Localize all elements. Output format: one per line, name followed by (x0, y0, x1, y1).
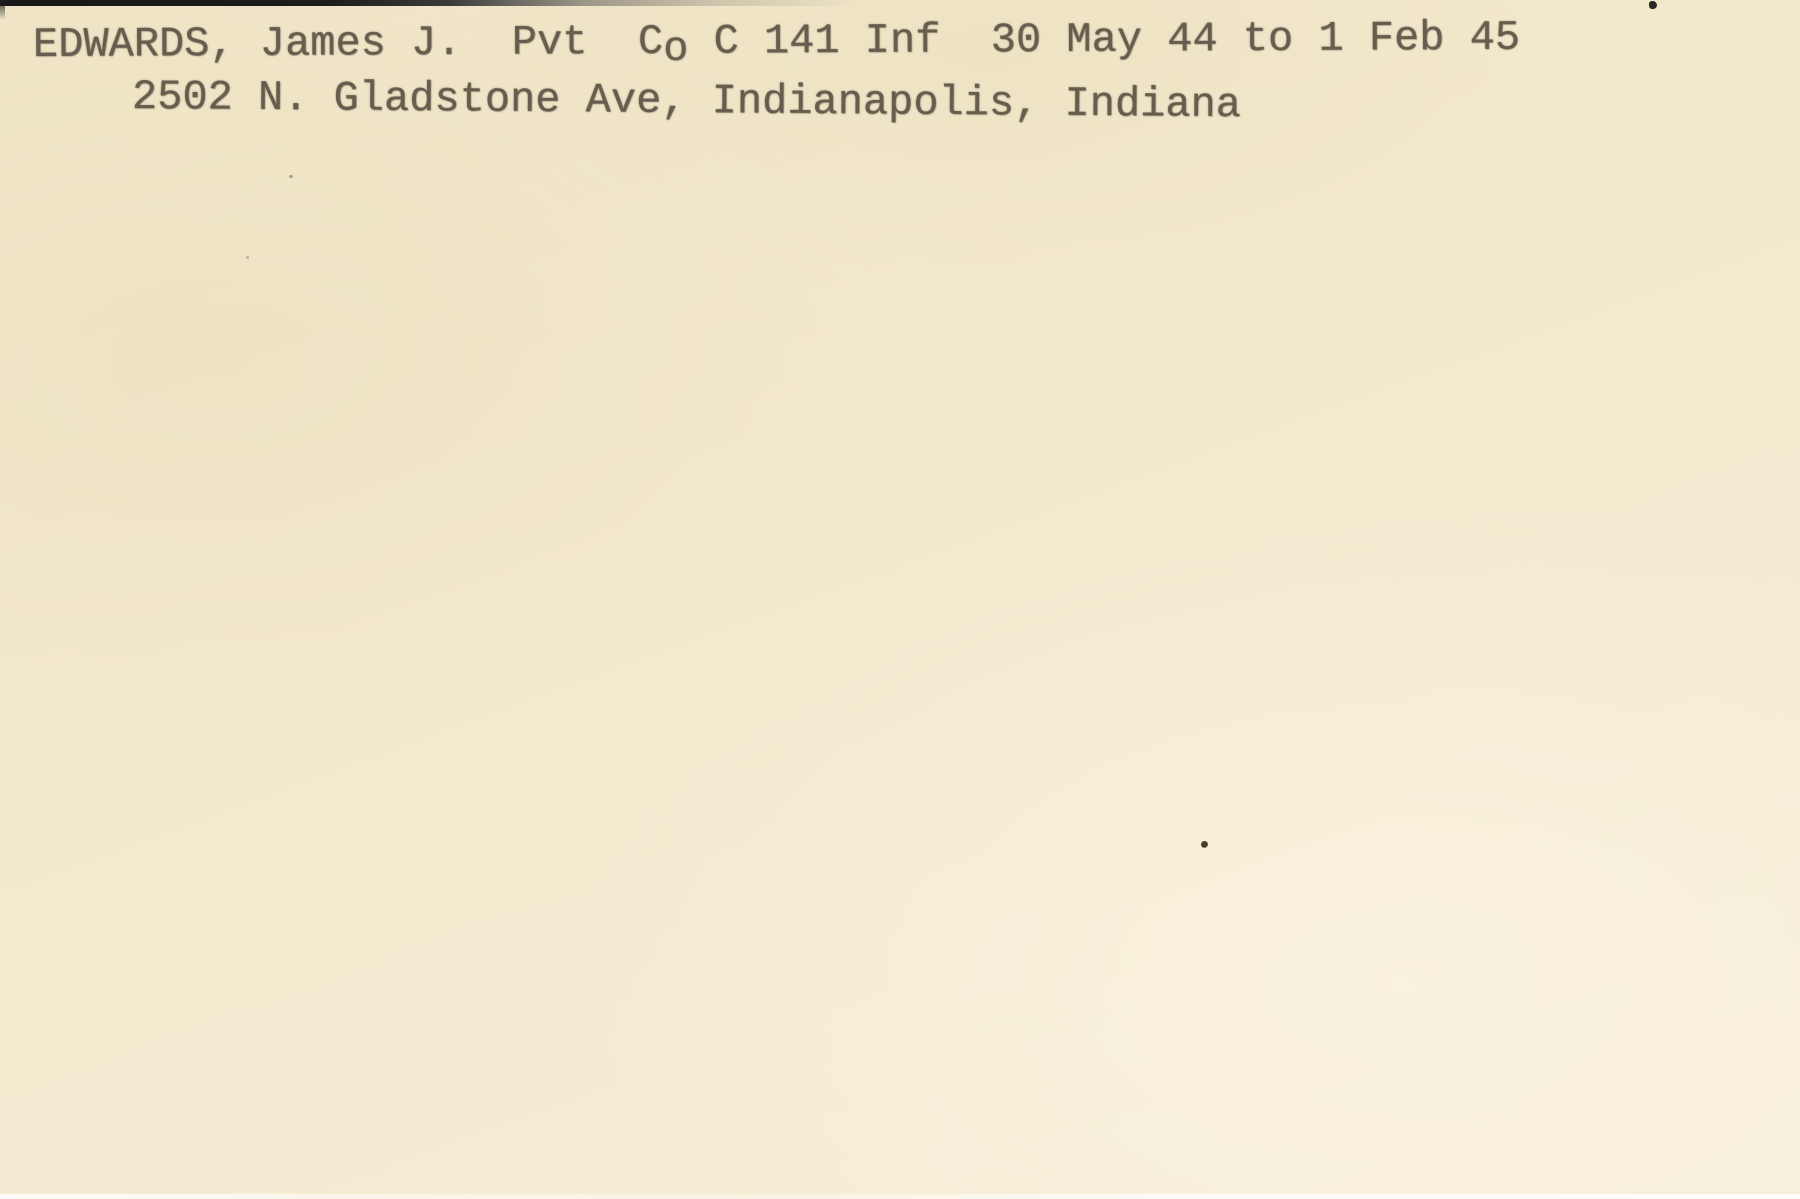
paper-speck (1201, 841, 1208, 848)
scan-edge-artifact-top (0, 0, 860, 6)
scan-edge-artifact-left (0, 0, 5, 20)
paper-speck (246, 256, 249, 259)
service-line-name-rank-unit: EDWARDS, James J. Pvt C (33, 18, 663, 69)
address-line: 2502 N. Gladstone Ave, Indianapolis, Ind… (132, 74, 1241, 128)
company-abbrev-subscript-o: o (663, 25, 688, 73)
service-line-dates: C 141 Inf 30 May 44 to 1 Feb 45 (688, 14, 1520, 66)
scan-edge-artifact-bottom (0, 1194, 1800, 1199)
index-card: EDWARDS, James J. Pvt Co C 141 Inf 30 Ma… (0, 0, 1800, 1199)
service-line: EDWARDS, James J. Pvt Co C 141 Inf 30 Ma… (33, 15, 1520, 68)
paper-speck (289, 175, 293, 178)
paper-speck (1649, 1, 1657, 9)
